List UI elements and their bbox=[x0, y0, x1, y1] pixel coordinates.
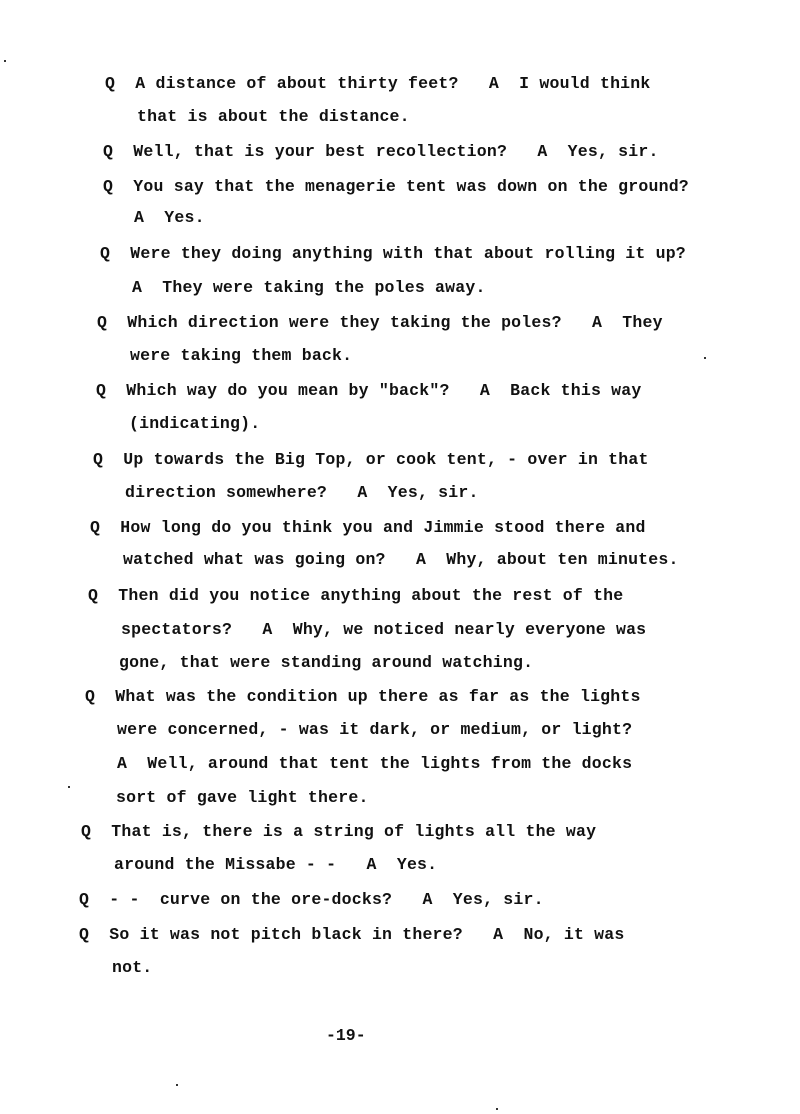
transcript-line: A They were taking the poles away. bbox=[132, 278, 486, 297]
transcript-line: Q Which direction were they taking the p… bbox=[97, 313, 663, 332]
transcript-line: were concerned, - was it dark, or medium… bbox=[117, 720, 632, 739]
transcript-line: Q Which way do you mean by "back"? A Bac… bbox=[96, 381, 642, 400]
transcript-page: Q A distance of about thirty feet? A I w… bbox=[0, 0, 800, 1114]
transcript-line: A Yes. bbox=[134, 208, 205, 227]
scan-speck bbox=[496, 1108, 498, 1110]
transcript-line: Q So it was not pitch black in there? A … bbox=[79, 925, 625, 944]
transcript-line: Q Well, that is your best recollection? … bbox=[103, 142, 659, 161]
transcript-line: spectators? A Why, we noticed nearly eve… bbox=[121, 620, 646, 639]
transcript-line: sort of gave light there. bbox=[116, 788, 369, 807]
transcript-line: Q Were they doing anything with that abo… bbox=[100, 244, 686, 263]
transcript-line: Q Then did you notice anything about the… bbox=[88, 586, 623, 605]
transcript-line: Q What was the condition up there as far… bbox=[85, 687, 641, 706]
transcript-line: A Well, around that tent the lights from… bbox=[117, 754, 632, 773]
scan-speck bbox=[176, 1084, 178, 1086]
transcript-line: watched what was going on? A Why, about … bbox=[123, 550, 679, 569]
transcript-line: that is about the distance. bbox=[137, 107, 410, 126]
transcript-line: Q - - curve on the ore-docks? A Yes, sir… bbox=[79, 890, 544, 909]
scan-speck bbox=[704, 357, 706, 359]
transcript-line: not. bbox=[112, 958, 152, 977]
transcript-line: around the Missabe - - A Yes. bbox=[114, 855, 437, 874]
scan-speck bbox=[4, 60, 6, 62]
scan-speck bbox=[68, 786, 70, 788]
transcript-line: gone, that were standing around watching… bbox=[119, 653, 533, 672]
transcript-line: were taking them back. bbox=[130, 346, 352, 365]
transcript-line: Q You say that the menagerie tent was do… bbox=[103, 177, 689, 196]
transcript-line: direction somewhere? A Yes, sir. bbox=[125, 483, 479, 502]
transcript-line: Q That is, there is a string of lights a… bbox=[81, 822, 596, 841]
transcript-line: (indicating). bbox=[129, 414, 260, 433]
transcript-line: Q A distance of about thirty feet? A I w… bbox=[105, 74, 651, 93]
transcript-line: Q Up towards the Big Top, or cook tent, … bbox=[93, 450, 649, 469]
page-number: -19- bbox=[326, 1026, 366, 1045]
transcript-line: Q How long do you think you and Jimmie s… bbox=[90, 518, 646, 537]
